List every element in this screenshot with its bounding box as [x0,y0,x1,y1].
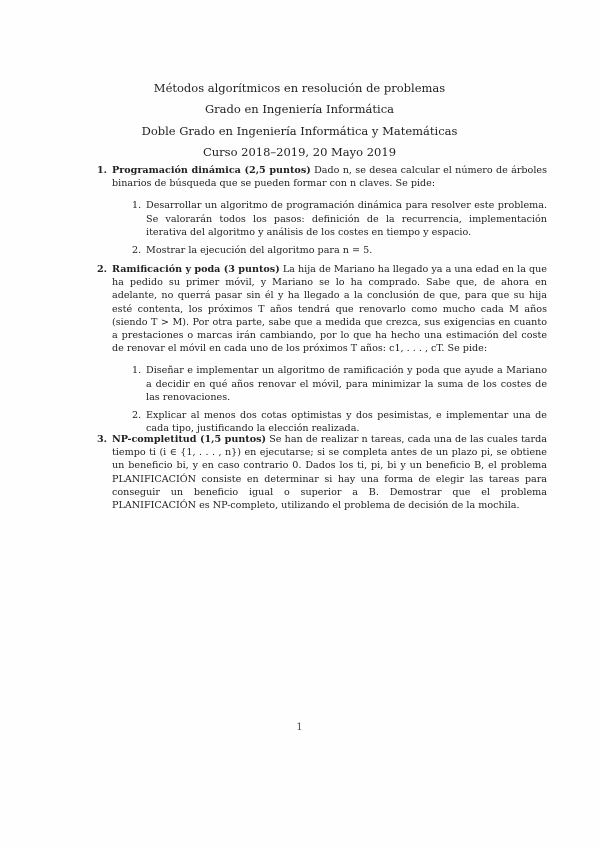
exam-page: Métodos algorítmicos en resolución de pr… [0,0,599,848]
problem-number: 1. [97,164,107,177]
degree-title: Grado en Ingeniería Informática [0,101,599,117]
problem-title: NP-completitud (1,5 puntos) [112,434,266,445]
page-number: 1 [0,721,599,733]
subitem: 2. Explicar al menos dos cotas optimista… [146,409,547,435]
course-title: Métodos algorítmicos en resolución de pr… [0,80,599,96]
subitem: 1. Desarrollar un algoritmo de programac… [146,199,547,239]
problem-3: 3. NP-completitud (1,5 puntos) Se han de… [97,433,547,512]
problem-title: Programación dinámica (2,5 puntos) [112,165,311,176]
subitem: 1. Diseñar e implementar un algoritmo de… [146,364,547,404]
problem-2: 2. Ramificación y poda (3 puntos) La hij… [97,263,547,435]
problem-statement: Se han de realizar n tareas, cada una de… [112,434,547,511]
exam-date: Curso 2018–2019, 20 Mayo 2019 [0,144,599,160]
problem-number: 2. [97,263,107,276]
problem-number: 3. [97,433,107,446]
problem-title: Ramificación y poda (3 puntos) [112,264,280,275]
problem-statement: La hija de Mariano ha llegado ya a una e… [112,264,547,354]
subitem: 2. Mostrar la ejecución del algoritmo pa… [146,244,547,257]
double-degree-title: Doble Grado en Ingeniería Informática y … [0,123,599,139]
problem-1: 1. Programación dinámica (2,5 puntos) Da… [97,164,547,257]
